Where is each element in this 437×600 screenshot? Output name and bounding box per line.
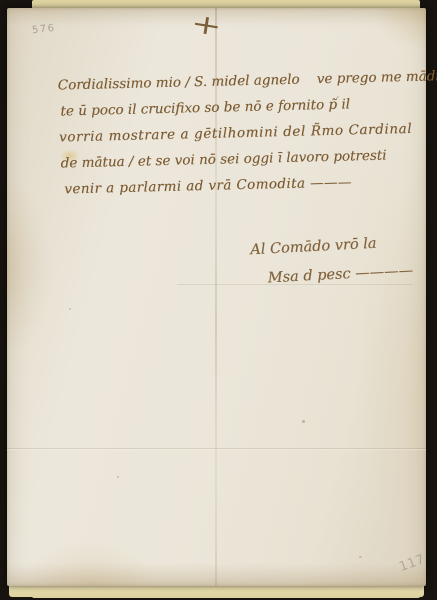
ink-cross-mark: + — [189, 8, 224, 43]
letter-text-block: Cordialissimo mio / S. midel agnelo ve p… — [57, 64, 428, 203]
folio-number-bottom-right: 117 — [397, 552, 427, 575]
horizontal-fold-crease — [7, 448, 426, 449]
ink-speck — [359, 556, 362, 558]
ink-speck — [302, 420, 305, 423]
signature-block: Al Comādo vrō la Msa d pesc ———— — [250, 228, 414, 294]
signature-line: Msa d pesc ———— — [267, 257, 414, 294]
ink-speck — [117, 476, 119, 478]
ink-speck — [69, 308, 71, 310]
letter-paper: + 576 Cordialissimo mio / S. midel agnel… — [7, 8, 426, 586]
folio-number-top-left: 576 — [31, 23, 56, 36]
manuscript-photo: + 576 Cordialissimo mio / S. midel agnel… — [0, 0, 437, 600]
